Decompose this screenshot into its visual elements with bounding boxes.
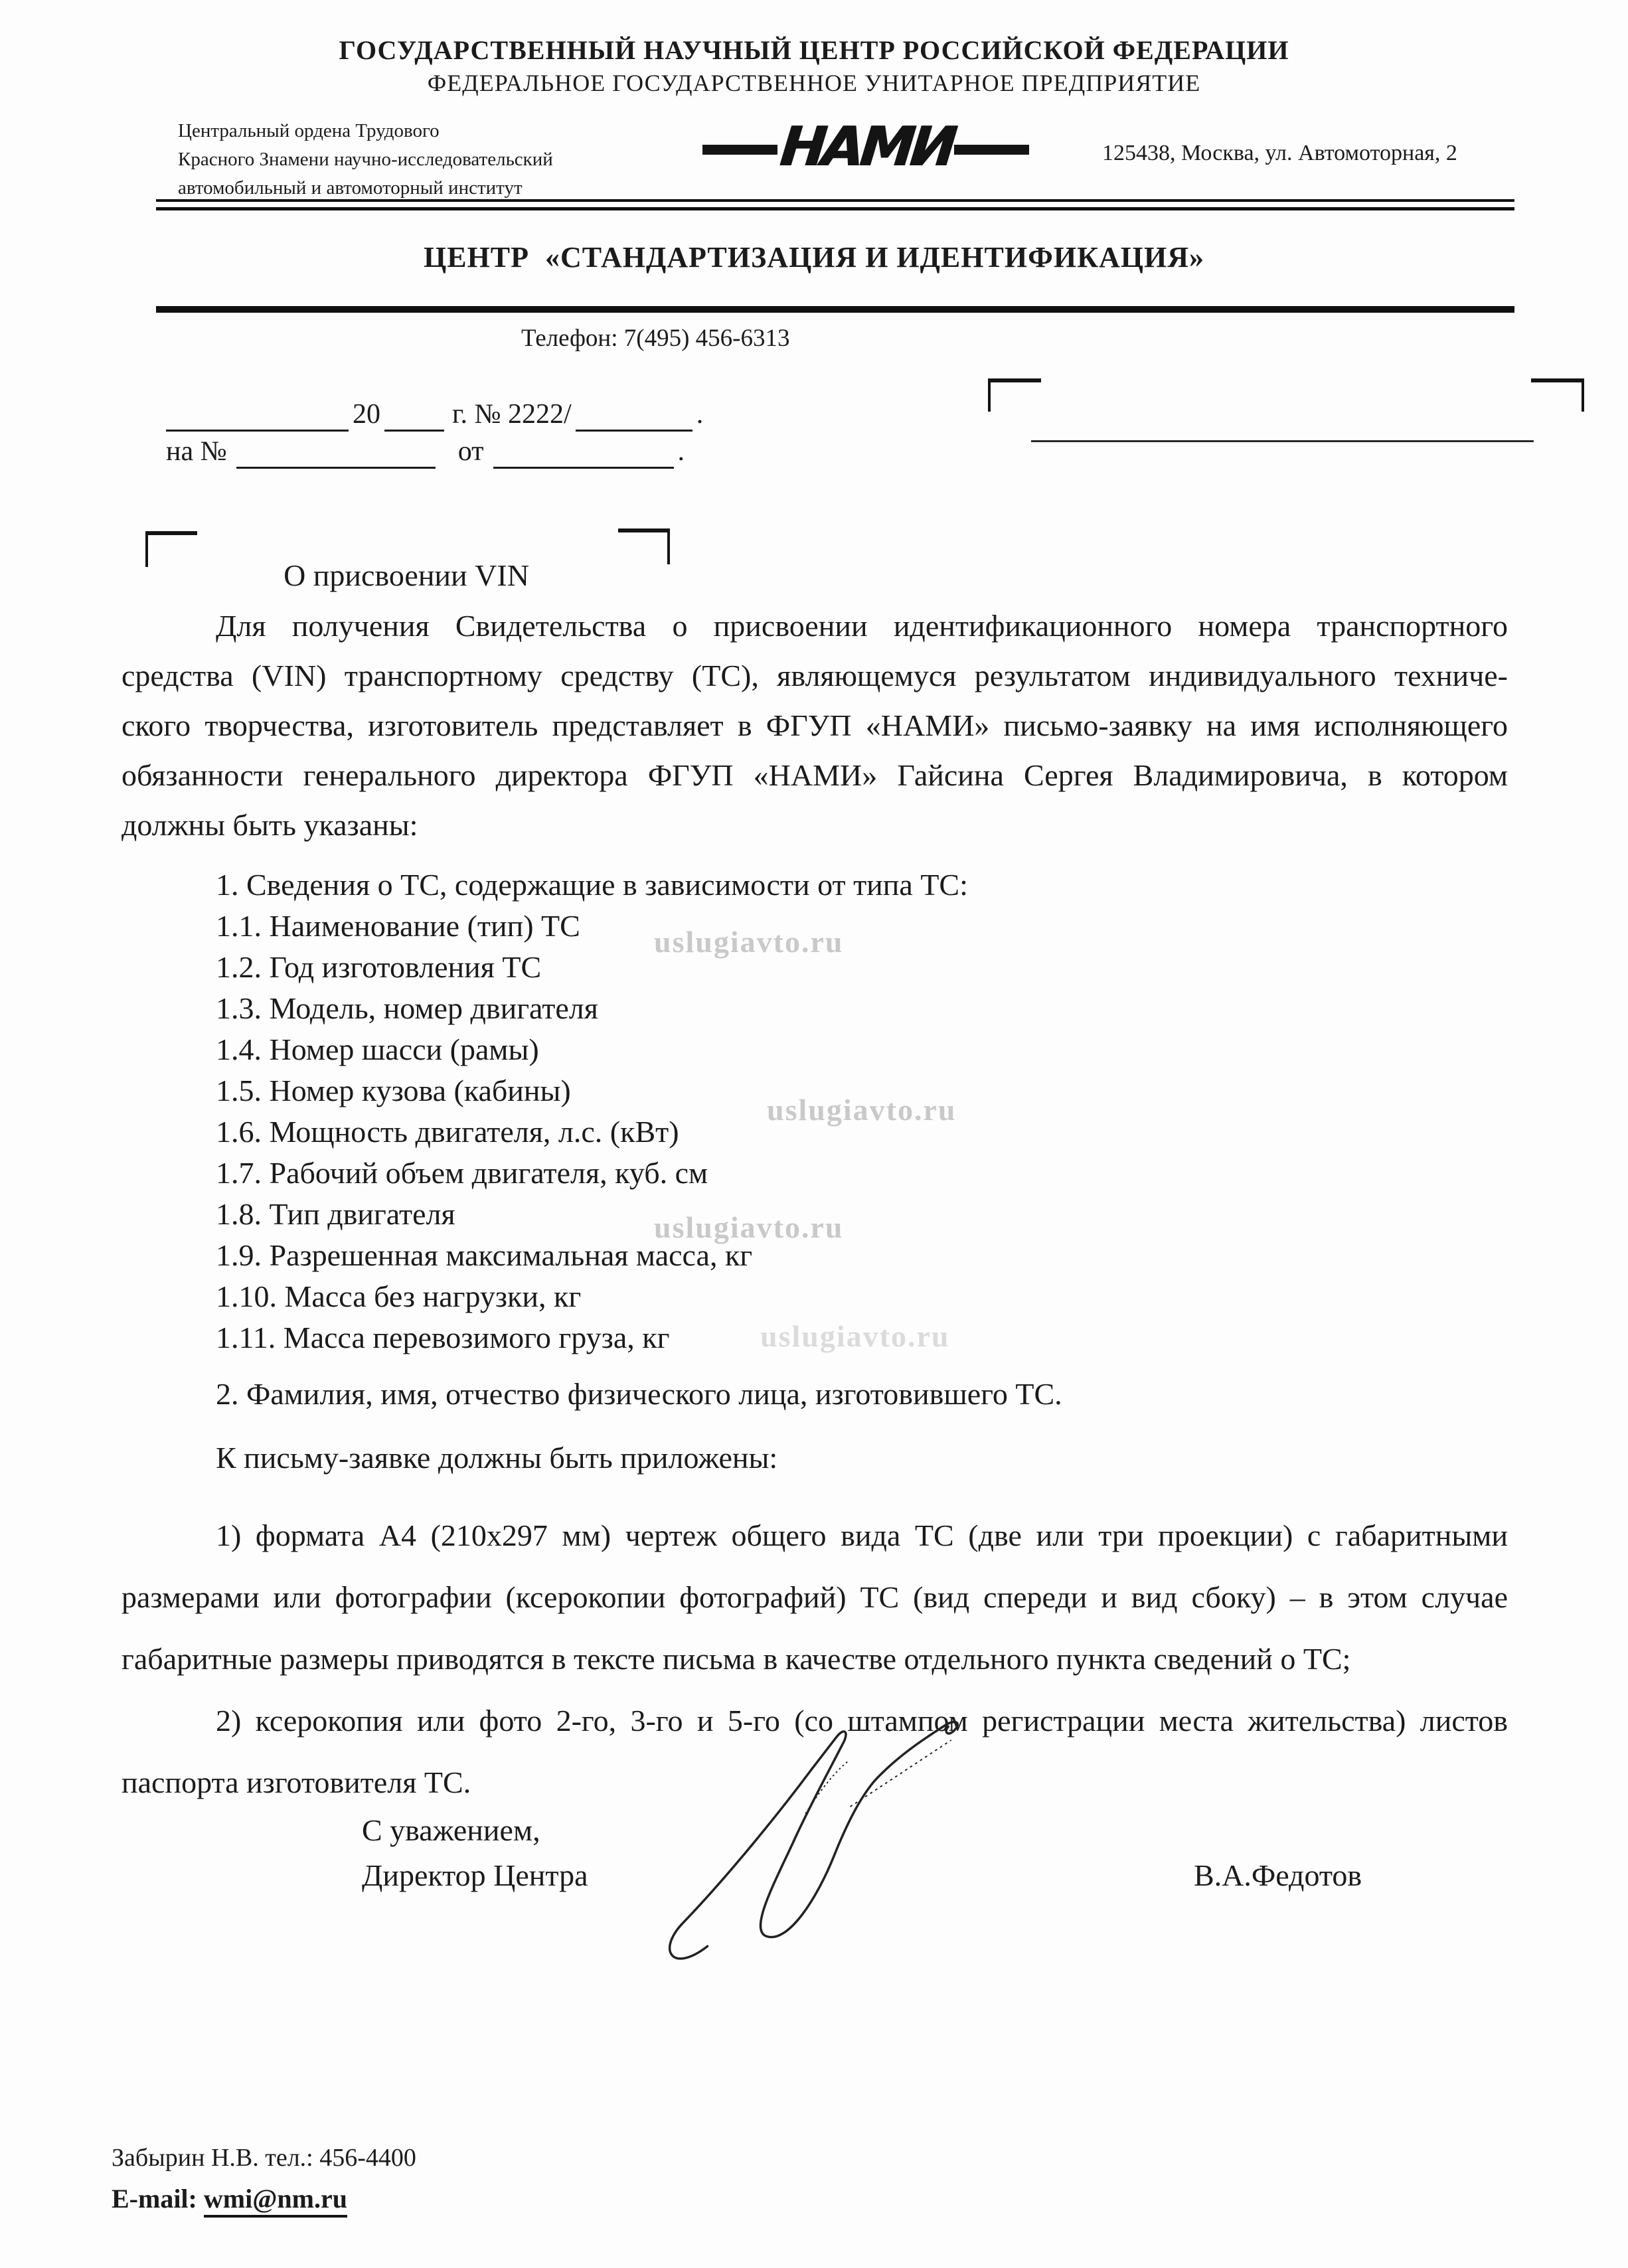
list-item: 1.8. Тип двигателя: [216, 1194, 1508, 1235]
institute-line2: Красного Знамени научно-исследовательски…: [178, 145, 603, 174]
closing-name: В.А.Федотов: [1194, 1858, 1362, 1893]
reply-period: .: [678, 434, 685, 469]
addressee-line: [1031, 440, 1534, 442]
paragraph-intro-line: Для получения Свидетельства о присвоении…: [122, 601, 1508, 651]
center-title: ЦЕНТР «СТАНДАРТИЗАЦИЯ И ИДЕНТИФИКАЦИЯ»: [0, 240, 1628, 274]
org-name-line1: ГОСУДАРСТВЕННЫЙ НАУЧНЫЙ ЦЕНТР РОССИЙСКОЙ…: [0, 35, 1628, 66]
list-item: 1. Сведения о ТС, содержащие в зависимос…: [216, 864, 1508, 906]
list-item: 1.1. Наименование (тип) ТС: [216, 906, 1508, 947]
blank-reply-number: [236, 435, 436, 469]
nami-logo: НАМИ: [702, 123, 1029, 175]
header-rule-top-thin: [156, 199, 1514, 202]
institute-line3: автомобильный и автомоторный институт: [178, 174, 603, 202]
ref-reply-line: на №от.: [166, 434, 689, 469]
list-item: 1.7. Рабочий объем двигателя, куб. см: [216, 1153, 1508, 1194]
attachment-1-line: габаритные размеры приводятся в тексте п…: [122, 1628, 1508, 1690]
watermark: uslugiavto.ru: [760, 1319, 949, 1354]
list-item: 1.3. Модель, номер двигателя: [216, 988, 1508, 1029]
attachment-1: 1) формата А4 (210х297 мм) чертеж общего…: [122, 1504, 1508, 1690]
letter-page: ГОСУДАРСТВЕННЫЙ НАУЧНЫЙ ЦЕНТР РОССИЙСКОЙ…: [0, 0, 1628, 2268]
header-rule-top-thick: [156, 207, 1514, 210]
paragraph-intro-line: обязанности генерального директора ФГУП …: [122, 750, 1508, 800]
body-text: Для получения Свидетельства о присвоении…: [122, 601, 1508, 1813]
ref-period: .: [696, 397, 704, 432]
header-rule-bottom: [156, 306, 1514, 313]
signature-image: [641, 1706, 1013, 1975]
blank-date: [166, 398, 349, 432]
email-address: wmi@nm.ru: [204, 2184, 347, 2218]
nami-logo-bar-right: [954, 145, 1029, 155]
phone-line: Телефон: 7(495) 456-6313: [521, 324, 789, 353]
attachment-1-line: 1) формата А4 (210х297 мм) чертеж общего…: [122, 1504, 1508, 1566]
number-prefix: г. № 2222/: [452, 397, 572, 432]
paragraph-intro: Для получения Свидетельства о присвоении…: [122, 601, 1508, 850]
watermark: uslugiavto.ru: [654, 924, 843, 959]
subject-text: О присвоении VIN: [145, 558, 667, 593]
watermark: uslugiavto.ru: [767, 1092, 956, 1127]
blank-number: [576, 398, 692, 432]
closing-salutation: С уважением,: [362, 1813, 540, 1848]
blank-year: [384, 398, 444, 432]
addressee-corner-mark-right: [1531, 378, 1584, 412]
watermark: uslugiavto.ru: [654, 1210, 843, 1245]
paragraph-intro-line: ского творчества, изготовитель представл…: [122, 700, 1508, 750]
reply-from-label: от: [458, 434, 484, 469]
paragraph-intro-line: должны быть указаны:: [122, 800, 1508, 850]
list-item: 1.9. Разрешенная максимальная масса, кг: [216, 1235, 1508, 1276]
addressee-corner-mark-left: [988, 378, 1041, 412]
paragraph-intro-line: средства (VIN) транспортному средству (Т…: [122, 651, 1508, 700]
nami-logo-text: НАМИ: [774, 121, 957, 177]
footer-email: E-mail: wmi@nm.ru: [112, 2183, 347, 2214]
org-address: 125438, Москва, ул. Автомоторная, 2: [1102, 141, 1457, 166]
footer-contact: Забырин Н.В. тел.: 456-4400: [112, 2143, 416, 2172]
nami-logo-bar-left: [702, 145, 777, 155]
ref-date-line: 20г. № 2222/.: [166, 397, 707, 432]
email-label: E-mail:: [112, 2184, 197, 2214]
closing-position: Директор Центра: [362, 1858, 588, 1893]
list-item: 1.4. Номер шасси (рамы): [216, 1029, 1508, 1070]
institute-block: Центральный ордена Трудового Красного Зн…: [178, 117, 603, 202]
list-item: 1.10. Масса без нагрузки, кг: [216, 1276, 1508, 1317]
reply-prefix: на №: [166, 434, 227, 469]
attachments-intro: К письму-заявке должны быть приложены:: [122, 1438, 1508, 1478]
institute-line1: Центральный ордена Трудового: [178, 117, 603, 145]
year-prefix: 20: [353, 397, 380, 432]
attachment-1-line: размерами или фотографии (ксерокопии фот…: [122, 1566, 1508, 1628]
org-name-line2: ФЕДЕРАЛЬНОЕ ГОСУДАРСТВЕННОЕ УНИТАРНОЕ ПР…: [0, 69, 1628, 97]
paragraph-person: 2. Фамилия, имя, отчество физического ли…: [122, 1374, 1508, 1414]
list-item: 1.2. Год изготовления ТС: [216, 947, 1508, 988]
blank-reply-date: [493, 435, 674, 469]
